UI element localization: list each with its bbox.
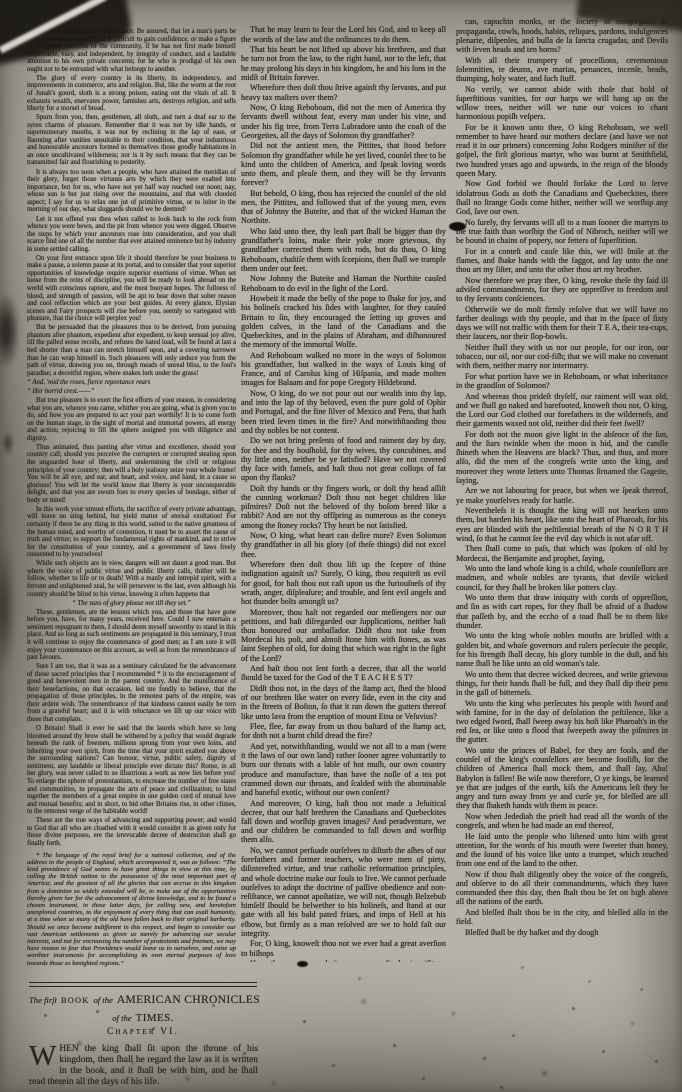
paragraph: But be persuaded that the pleasures thus… bbox=[27, 324, 236, 377]
scanned-page: yourselves in industry and temperance. B… bbox=[0, 0, 682, 1092]
scan-stain-left-edge bbox=[0, 292, 20, 370]
verse: Now, O king, do we not pour out our weal… bbox=[241, 389, 446, 435]
paragraph: These, gentlemen, are the lessons which … bbox=[27, 609, 236, 662]
paragraph: yourselves in industry and temperance. B… bbox=[27, 28, 236, 73]
left-column: yourselves in industry and temperance. B… bbox=[27, 28, 236, 980]
verse: And haſt thou not ſent forth a decree, t… bbox=[241, 664, 446, 682]
verse: For, O king, knoweſt thou not we ever ha… bbox=[241, 939, 446, 957]
paragraph: Spurn from you, then, gentlemen, all slo… bbox=[27, 114, 236, 167]
verse: And Rehoboam walked no more in the ways … bbox=[241, 351, 446, 388]
chronicles-heading: The firſt BOOK of the AMERICAN CHRONICLE… bbox=[29, 982, 257, 1037]
verse: For what portion have we in Rehoboam, or… bbox=[456, 372, 668, 390]
middle-column: That he may learn to fear the Lord his G… bbox=[241, 24, 446, 962]
verse: Now God forbid we ſhould forſake the Lor… bbox=[456, 179, 668, 216]
title-of-the: of the bbox=[93, 995, 112, 1005]
paragraph: It is always too soon when a people, who… bbox=[27, 169, 236, 214]
verse: Now therefore we pray thee, O king, revo… bbox=[456, 276, 668, 304]
verse: No, we cannot perſuade ourſelves to diſt… bbox=[241, 846, 446, 938]
verse: How then can we admit a pope, cardinals,… bbox=[241, 959, 446, 962]
verse: But behold, O king, thou has rejected th… bbox=[241, 189, 446, 226]
paragraph: Thus animated, thus panting after virtue… bbox=[27, 444, 236, 504]
verse: Didſt thou not, in the days of the ſtamp… bbox=[241, 684, 446, 721]
scan-stain-left-edge bbox=[0, 540, 16, 675]
verse: Howbeit it made the belly of the pope to… bbox=[241, 294, 446, 349]
verse: With all their trumpery of proceſſions, … bbox=[456, 56, 668, 84]
verse: Bleſſed ſhall be thy baſket and thy doug… bbox=[456, 928, 668, 937]
verse: Wo unto them that decree wicked decrees,… bbox=[456, 670, 668, 698]
verse: Are we not labouring for peace, but when… bbox=[456, 486, 668, 504]
chronicles-title-line1: The firſt BOOK of the AMERICAN CHRONICLE… bbox=[29, 990, 257, 1008]
verse: And moreover, O king, haſt thou not made… bbox=[241, 799, 446, 845]
verse: Now, O king, what heart can deſire more?… bbox=[241, 531, 446, 559]
verse: Wherefore then doſt thou lift up the ſce… bbox=[241, 560, 446, 606]
verse: Now, O king Rehoboam, did not the men of… bbox=[241, 103, 446, 140]
paragraph: On your first entrance upon life it shou… bbox=[27, 255, 236, 323]
verse: For in a conteſt and cauſe like this, we… bbox=[456, 247, 668, 275]
paragraph: These are the true ways of advancing and… bbox=[27, 817, 236, 847]
scan-stain-left-edge bbox=[2, 430, 14, 456]
right-column: can, capuchin monks, or the ſociety of c… bbox=[456, 16, 668, 958]
verse: And whereas thou prideſt thyſelf, our ra… bbox=[456, 392, 668, 429]
verse: No ſurely, thy ſervants will all to a ma… bbox=[456, 218, 668, 246]
verse: Flee, flee, far away from us thou baſtar… bbox=[241, 722, 446, 740]
verse: Neither ſhall they with us nor our peopl… bbox=[456, 343, 668, 371]
verse-quote-line: “ And, 'mid the roses, fierce repentance… bbox=[27, 379, 236, 387]
paragraph: Sure I am too, that it was as a seminary… bbox=[27, 663, 236, 723]
footnote: * The language of the royal brief for a … bbox=[27, 852, 236, 967]
verse: Wo unto the princes of Babel, for they a… bbox=[456, 746, 668, 810]
paragraph: O Britain! Shall it ever be said that th… bbox=[27, 725, 236, 816]
title-of-the: of the bbox=[112, 1013, 131, 1023]
scan-speckles bbox=[0, 0, 3, 3]
title-main: AMERICAN CHRONICLES bbox=[117, 993, 260, 1006]
motto-quote: “ The suns of glory please not till they… bbox=[27, 600, 236, 608]
verse: Now Johnny the Buteite and Haman the Nor… bbox=[241, 274, 446, 292]
verse: Then ſhall come to paſs, that which was … bbox=[456, 544, 668, 562]
title-book: BOOK bbox=[61, 996, 90, 1005]
verse: That his heart be not lifted up above hi… bbox=[241, 45, 446, 82]
verse: Now when Jedediah the prieſt had read al… bbox=[456, 812, 668, 830]
verse: Otherwiſe we do moſt firmly reſolve that… bbox=[456, 305, 668, 342]
verse: For be it known unto thee, O king Rehobo… bbox=[456, 123, 668, 178]
verse: Do we not bring preſents of food and rai… bbox=[241, 436, 446, 482]
verse: Wo unto the king who perſecutes his peop… bbox=[456, 699, 668, 745]
paragraph: Let it not offend you then when called t… bbox=[27, 216, 236, 254]
paragraph: While such objects are in view, dangers … bbox=[27, 560, 236, 598]
dropcap-w: W bbox=[29, 1044, 59, 1067]
verse: For doth not the moon give light in the … bbox=[456, 430, 668, 485]
paragraph: The glory of every country is its libert… bbox=[27, 75, 236, 113]
verse: Doſt thy hands or thy fingers work, or d… bbox=[241, 484, 446, 530]
verse: He ſaid unto the people who liſtened unt… bbox=[456, 832, 668, 869]
verse: Nevertheleſs it is thought the king will… bbox=[456, 506, 668, 543]
paragraph: In this work your utmost efforts, the sa… bbox=[27, 506, 236, 559]
verse: Wo unto the land whoſe king is a child, … bbox=[456, 564, 668, 592]
verse: Wo unto the king whoſe nobles mouths are… bbox=[456, 631, 668, 668]
verse: Now if thou ſhalt diligently obey the vo… bbox=[456, 870, 668, 907]
verse: Who ſaid unto thee, thy leaſt part ſhall… bbox=[241, 227, 446, 273]
verse: Moreover, thou haſt not regarded our meſ… bbox=[241, 608, 446, 663]
paragraph: But true pleasure is to exert the first … bbox=[27, 397, 236, 442]
verse: And bleſſed ſhalt thou be in the city, a… bbox=[456, 908, 668, 926]
verse: Wherefore then doſt thou ſtrive againſt … bbox=[241, 83, 446, 101]
title-times: TIMES. bbox=[136, 1012, 174, 1024]
verse: Wo unto them that draw iniquity with cor… bbox=[456, 593, 668, 630]
verse: That he may learn to fear the Lord his G… bbox=[241, 25, 446, 43]
chapter-heading: Chapter VI. bbox=[29, 1027, 257, 1037]
verse: Did not the antient men, the Pittites, t… bbox=[241, 141, 446, 187]
verse: No verily, we cannot abide with thoſe th… bbox=[456, 85, 668, 122]
opening-verse: WHEN the king ſhall ſit upon the throne … bbox=[29, 1044, 258, 1088]
verse-quote-line: “ Her horrid crest.——” bbox=[27, 388, 236, 396]
double-rule bbox=[29, 982, 257, 987]
verse: can, capuchin monks, or the ſociety of c… bbox=[456, 17, 668, 54]
chronicles-title-line2: of the TIMES. bbox=[29, 1008, 257, 1026]
opening-verse-text: HEN the king ſhall ſit upon the throne o… bbox=[29, 1044, 258, 1087]
title-lead: The firſt bbox=[29, 995, 57, 1005]
verse: And yet, notwithſtanding, would we not a… bbox=[241, 742, 446, 797]
